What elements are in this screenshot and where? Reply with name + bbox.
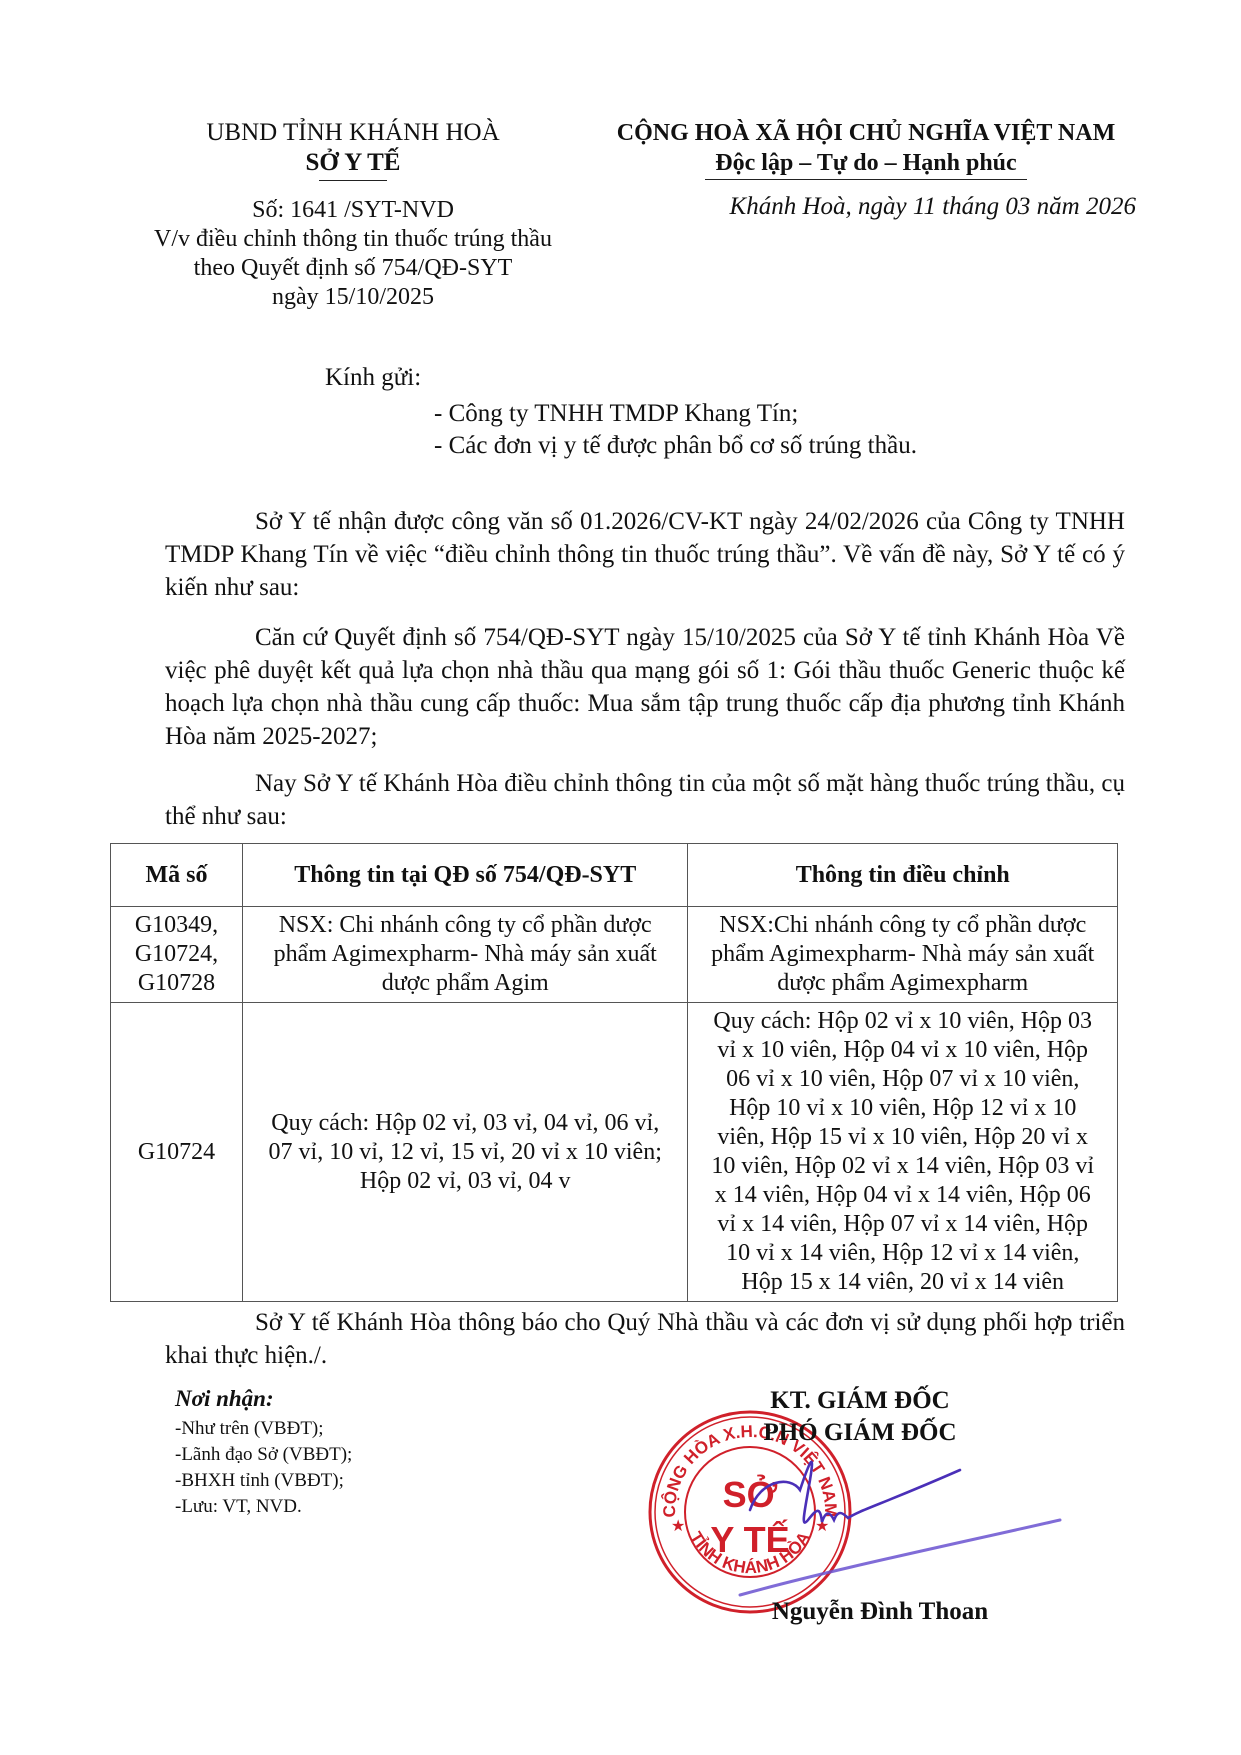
paragraph-text: Nay Sở Y tế Khánh Hòa điều chỉnh thông t… <box>165 770 1125 830</box>
national-motto: Độc lập – Tự do – Hạnh phúc <box>715 148 1016 178</box>
receivers-title: Nơi nhận: <box>175 1384 352 1414</box>
table-header-row: Mã số Thông tin tại QĐ số 754/QĐ-SYT Thô… <box>111 844 1118 907</box>
receiver-item: -Như trên (VBĐT); <box>175 1416 352 1442</box>
svg-text:★: ★ <box>671 1516 685 1535</box>
department-underline <box>319 180 387 181</box>
cell-adjusted: NSX:Chi nhánh công ty cổ phần dược phẩm … <box>688 907 1118 1003</box>
official-letter-page: UBND TỈNH KHÁNH HOÀ SỞ Y TẾ Số: 1641 /SY… <box>0 0 1241 1755</box>
document-number: Số: 1641 /SYT-NVD <box>148 195 558 225</box>
cell-code: G10349, G10724, G10728 <box>111 907 243 1003</box>
body-paragraph-1: Sở Y tế nhận được công văn số 01.2026/CV… <box>165 505 1125 604</box>
receiver-item: -Lãnh đạo Sở (VBĐT); <box>175 1442 352 1468</box>
recipient-list: - Công ty TNHH TMDP Khang Tín; - Các đơn… <box>434 398 917 462</box>
column-header-adjusted: Thông tin điều chỉnh <box>688 844 1118 907</box>
motto-underline <box>705 179 1027 180</box>
paragraph-text: Sở Y tế nhận được công văn số 01.2026/CV… <box>165 508 1125 601</box>
signer-role-line1: KT. GIÁM ĐỐC <box>700 1385 1020 1417</box>
cell-original: Quy cách: Hộp 02 vỉ, 03 vỉ, 04 vỉ, 06 vỉ… <box>242 1003 688 1302</box>
recipient-item: - Công ty TNHH TMDP Khang Tín; <box>434 398 917 430</box>
handwritten-signature-icon <box>730 1450 1070 1600</box>
document-subject: V/v điều chỉnh thông tin thuốc trúng thầ… <box>148 225 558 312</box>
body-paragraph-4: Sở Y tế Khánh Hòa thông báo cho Quý Nhà … <box>165 1306 1125 1372</box>
subject-line: theo Quyết định số 754/QĐ-SYT <box>148 254 558 283</box>
agency-name: UBND TỈNH KHÁNH HOÀ <box>148 118 558 148</box>
paragraph-text: Căn cứ Quyết định số 754/QĐ-SYT ngày 15/… <box>165 624 1125 750</box>
column-header-code: Mã số <box>111 844 243 907</box>
national-header-block: CỘNG HOÀ XÃ HỘI CHỦ NGHĨA VIỆT NAM Độc l… <box>596 118 1136 222</box>
code-text: G10349, G10724, G10728 <box>126 911 226 998</box>
greeting: Kính gửi: <box>325 364 421 392</box>
cell-adjusted: Quy cách: Hộp 02 vỉ x 10 viên, Hộp 03 vỉ… <box>688 1003 1118 1302</box>
receivers-block: Nơi nhận: -Như trên (VBĐT); -Lãnh đạo Sở… <box>175 1384 352 1520</box>
signer-name: Nguyễn Đình Thoan <box>640 1598 1120 1626</box>
body-paragraph-3: Nay Sở Y tế Khánh Hòa điều chỉnh thông t… <box>165 767 1125 833</box>
receiver-item: -Lưu: VT, NVD. <box>175 1494 352 1520</box>
subject-line: V/v điều chỉnh thông tin thuốc trúng thầ… <box>148 225 558 254</box>
signature-block: KT. GIÁM ĐỐC PHÓ GIÁM ĐỐC <box>700 1385 1020 1449</box>
issuing-authority-block: UBND TỈNH KHÁNH HOÀ SỞ Y TẾ Số: 1641 /SY… <box>148 118 558 312</box>
recipient-item: - Các đơn vị y tế được phân bổ cơ số trú… <box>434 430 917 462</box>
cell-original: NSX: Chi nhánh công ty cổ phần dược phẩm… <box>242 907 688 1003</box>
signer-role-line2: PHÓ GIÁM ĐỐC <box>700 1417 1020 1449</box>
paragraph-text: Sở Y tế Khánh Hòa thông báo cho Quý Nhà … <box>165 1309 1125 1369</box>
column-header-original: Thông tin tại QĐ số 754/QĐ-SYT <box>242 844 688 907</box>
department-name: SỞ Y TẾ <box>306 148 401 178</box>
receivers-list: -Như trên (VBĐT); -Lãnh đạo Sở (VBĐT); -… <box>175 1416 352 1520</box>
table-row: G10724 Quy cách: Hộp 02 vỉ, 03 vỉ, 04 vỉ… <box>111 1003 1118 1302</box>
receiver-item: -BHXH tỉnh (VBĐT); <box>175 1468 352 1494</box>
nation-title: CỘNG HOÀ XÃ HỘI CHỦ NGHĨA VIỆT NAM <box>596 118 1136 148</box>
place-and-date: Khánh Hoà, ngày 11 tháng 03 năm 2026 <box>596 192 1136 222</box>
adjustment-table: Mã số Thông tin tại QĐ số 754/QĐ-SYT Thô… <box>110 843 1118 1302</box>
subject-line: ngày 15/10/2025 <box>148 283 558 312</box>
body-paragraph-2: Căn cứ Quyết định số 754/QĐ-SYT ngày 15/… <box>165 621 1125 753</box>
cell-code: G10724 <box>111 1003 243 1302</box>
table-row: G10349, G10724, G10728 NSX: Chi nhánh cô… <box>111 907 1118 1003</box>
